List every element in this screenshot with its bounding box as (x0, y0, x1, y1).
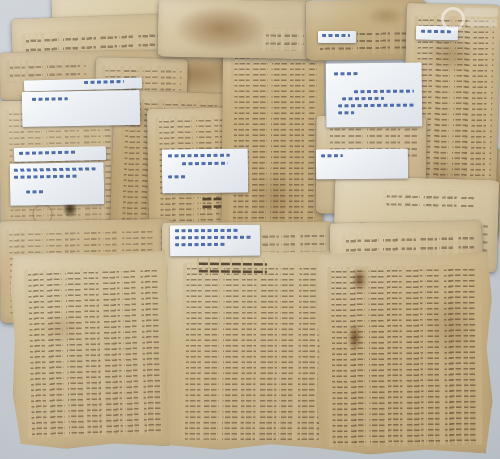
paper-big-right-page (315, 251, 493, 455)
note-ink-line (168, 175, 186, 178)
note-ink-line (182, 162, 228, 165)
note-ink-line (14, 167, 96, 171)
note-ink-line (168, 154, 230, 157)
handwriting-block (383, 189, 475, 207)
handwriting-block (24, 266, 162, 438)
catalog-slip-5 (162, 149, 248, 194)
catalog-slip-9 (326, 62, 423, 127)
note-ink-line (354, 90, 414, 93)
stain (425, 291, 476, 361)
stain (174, 5, 269, 53)
note-ink-line (175, 236, 253, 239)
catalog-slip-2 (22, 90, 141, 127)
note-ink-line (334, 72, 358, 75)
catalog-slip-10 (316, 149, 408, 180)
paper-mid-col-doc (221, 37, 325, 240)
watermark-ring-icon (441, 7, 465, 31)
paper-top-mid-stained (158, 0, 313, 59)
watermark-glyphs (467, 19, 497, 27)
stain (348, 322, 362, 352)
note-ink-line (175, 243, 225, 246)
note-ink-line (175, 229, 239, 232)
stain (351, 266, 367, 292)
note-ink-line (322, 34, 350, 37)
watermark-glyphs (464, 8, 498, 17)
stain (366, 6, 406, 26)
note-ink-line (342, 97, 384, 100)
note-ink-line (32, 97, 68, 100)
heading-flourish (197, 257, 267, 276)
catalog-slip-6 (170, 225, 260, 257)
note-ink-line (421, 30, 451, 33)
note-ink-line (26, 190, 44, 193)
note-ink-line (84, 80, 124, 84)
catalog-slip-3 (14, 146, 106, 162)
note-ink-line (338, 104, 414, 107)
handwriting-block (262, 29, 304, 51)
note-ink-line (14, 175, 78, 179)
paper-big-left-page (10, 250, 175, 450)
manuscripts-lot-photo (0, 0, 500, 459)
catalog-slip-4 (10, 162, 105, 206)
paper-big-mid-page (165, 249, 333, 451)
note-ink-line (19, 151, 77, 155)
handwriting-block (181, 264, 321, 440)
note-ink-line (338, 111, 354, 114)
note-ink-line (321, 154, 343, 157)
catalog-slip-7 (318, 31, 356, 43)
